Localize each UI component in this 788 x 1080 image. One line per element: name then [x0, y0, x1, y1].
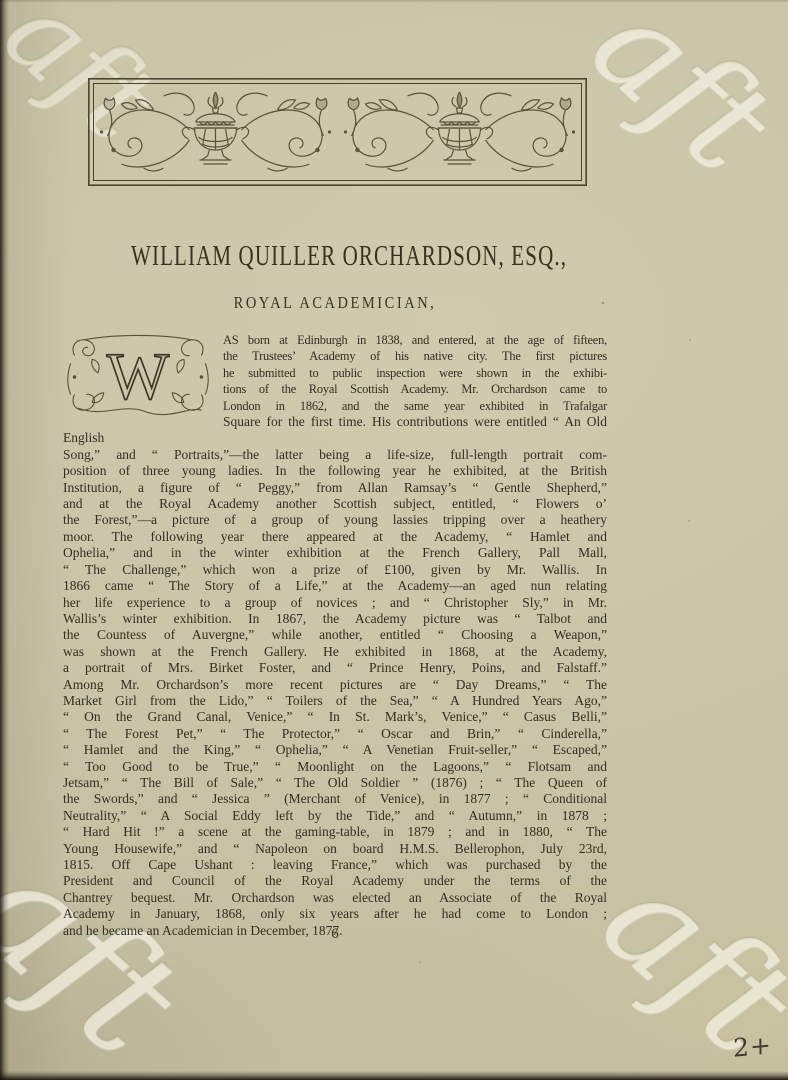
- page-subtitle: ROYAL ACADEMICIAN,: [104, 293, 566, 313]
- drop-cap-letter: W: [107, 340, 170, 413]
- text-line: “ Too Good to be True,” “ Moonlight on t…: [63, 759, 607, 775]
- ornamental-headpiece: [88, 78, 587, 186]
- text-line: Young Housewife,” and “ Napoleon on boar…: [63, 841, 607, 857]
- text-line: Square for the first time. His contribut…: [63, 414, 607, 447]
- text-line: Institution, a figure of “ Peggy,” from …: [63, 480, 607, 496]
- text-line: “ The Challenge,” which won a prize of £…: [63, 562, 607, 578]
- scan-edge-left: [0, 0, 9, 1080]
- text-line: “ The Forest Pet,” “ The Protector,” “ O…: [63, 726, 607, 742]
- text-line: the Countess of Auvergne,” while another…: [63, 627, 607, 643]
- text-line: Among Mr. Orchardson’s more recent pictu…: [63, 677, 607, 693]
- book-page: aft aft aft aft: [0, 0, 788, 1080]
- text-line: Song,” and “ Portraits,”—the latter bein…: [63, 447, 607, 463]
- text-line: Wallis’s winter exhibition. In 1867, the…: [63, 611, 607, 627]
- text-line: the Swords,” and “ Jessica ” (Merchant o…: [63, 791, 607, 807]
- text-line: Academy in January, 1868, only six years…: [63, 906, 607, 922]
- text-line: “ Hard Hit !” a scene at the gaming-tabl…: [63, 824, 607, 840]
- text-line: Chantrey bequest. Mr. Orchardson was ele…: [63, 890, 607, 906]
- page-number: 6: [63, 926, 607, 943]
- biography-text: W AS born at Edinburgh in 1838, and ente…: [63, 332, 607, 939]
- text-line: “ On the Grand Canal, Venice,” “ In St. …: [63, 709, 607, 725]
- drop-cap-initial: W: [63, 334, 213, 416]
- text-line: moor. The following year there appeared …: [63, 529, 607, 545]
- text-line: her life experience to a group of novice…: [63, 595, 607, 611]
- text-line: 1815. Off Cape Ushant : leaving France,”…: [63, 857, 607, 873]
- text-line: 1866 came “ The Story of a Life,” at the…: [63, 578, 607, 594]
- text-line: a portrait of Mrs. Birket Foster, and “ …: [63, 660, 607, 676]
- text-line: and at the Royal Academy another Scottis…: [63, 496, 607, 512]
- scan-edge-bottom: [0, 1071, 788, 1080]
- watermark-aft: aft: [571, 0, 788, 193]
- text-line: position of three young ladies. In the f…: [63, 463, 607, 479]
- text-line: was shown at the French Gallery. He exhi…: [63, 644, 607, 660]
- scan-edge-top: [0, 0, 788, 3]
- text-line: President and Council of the Royal Acade…: [63, 873, 607, 889]
- text-line: the Forest,”—a picture of a group of you…: [63, 512, 607, 528]
- text-line: Neutrality,” “ A Social Eddy left by the…: [63, 808, 607, 824]
- text-line: Jetsam,” “ The Bill of Sale,” “ The Old …: [63, 775, 607, 791]
- pencil-annotation: 2+: [733, 1030, 772, 1062]
- text-line: Ophelia,” and in the winter exhibition a…: [63, 545, 607, 561]
- text-line: “ Hamlet and the King,” “ Ophelia,” “ A …: [63, 742, 607, 758]
- page-title: WILLIAM QUILLER ORCHARDSON, ESQ.,: [131, 241, 539, 273]
- text-line: Market Girl from the Lido,” “ Toilers of…: [63, 693, 607, 709]
